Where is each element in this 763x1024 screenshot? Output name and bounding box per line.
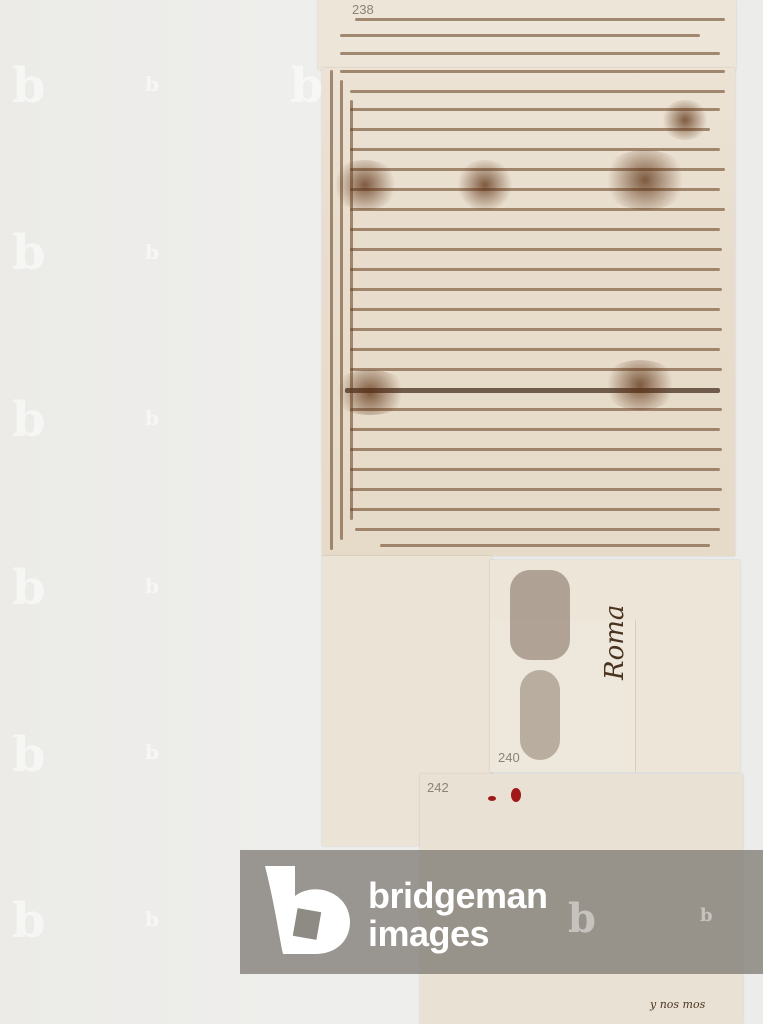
watermark-b-icon: b [12, 58, 46, 114]
wax-seal-fragment [488, 796, 496, 801]
watermark-b-icon: b [12, 225, 46, 281]
watermark-b-icon: b [145, 72, 159, 96]
watermark-b-icon: b [12, 392, 46, 448]
page-number: 240 [498, 750, 520, 765]
watermark-b-icon: b [12, 893, 46, 949]
watermark-b-icon: b [145, 574, 159, 598]
watermark-b-icon: b [145, 240, 159, 264]
page-number: 242 [427, 780, 449, 795]
bridgeman-logo-icon [265, 866, 350, 954]
watermark-b-icon: b [700, 905, 713, 926]
letter-main-sheet [322, 68, 735, 556]
brand-line-2: images [368, 915, 548, 953]
watermark-b-icon: b [145, 406, 159, 430]
address-flourish [510, 570, 570, 660]
watermark-b-icon: b [12, 727, 46, 783]
brand-line-1: bridgeman [368, 877, 548, 915]
address-signature [520, 670, 560, 760]
bridgeman-wordmark: bridgeman images [368, 877, 548, 953]
watermark-b-icon: b [568, 895, 596, 942]
watermark-b-icon: b [145, 907, 159, 931]
watermark-b-icon: b [12, 560, 46, 616]
watermark-b-icon: b [145, 740, 159, 764]
wax-seal [511, 788, 521, 802]
address-text: Roma [600, 605, 630, 680]
bottom-note: y nos mos [650, 998, 705, 1011]
page-number: 238 [352, 2, 374, 17]
